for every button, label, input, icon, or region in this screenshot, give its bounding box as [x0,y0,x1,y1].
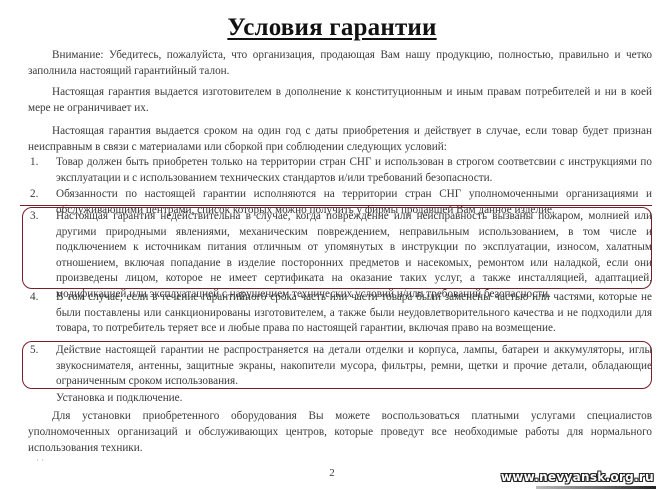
warranty-page: Условия гарантии Внимание: Убедитесь, по… [0,0,664,490]
attention-paragraph: Внимание: Убедитесь, пожалуйста, что орг… [28,47,652,79]
condition-number: 2. [30,187,38,203]
condition-item-5: 5. Действие настоящей гарантии не распро… [28,343,652,390]
condition-number: 3. [30,209,38,225]
condition-text: Действие настоящей гарантии не распростр… [56,343,652,390]
term-paragraph: Настоящая гарантия выдается сроком на од… [28,123,652,155]
condition-text: Настоящая гарантия недействительна в слу… [56,209,652,303]
divider-line [20,205,652,206]
installation-paragraph: Для установки приобретенного оборудовани… [28,408,652,456]
scan-specks: · · [36,455,44,465]
condition-item-3: 3. Настоящая гарантия недействительна в … [28,209,652,303]
rights-paragraph: Настоящая гарантия выдается изготовителе… [28,84,652,116]
page-title: Условия гарантии [0,14,664,42]
condition-text: Товар должен быть приобретен только на т… [56,155,652,186]
condition-item-4: 4. В том случае, если в течение гарантий… [28,290,652,337]
site-watermark: www.nevyansk.org.ru [501,470,654,484]
watermark-bar [536,486,656,489]
condition-text: В том случае, если в течение гарантийног… [56,290,652,337]
installation-heading: Установка и подключение. [56,390,652,406]
condition-number: 4. [30,290,38,306]
condition-number: 5. [30,343,38,359]
condition-number: 1. [30,155,38,171]
condition-item-1: 1. Товар должен быть приобретен только н… [28,155,652,186]
